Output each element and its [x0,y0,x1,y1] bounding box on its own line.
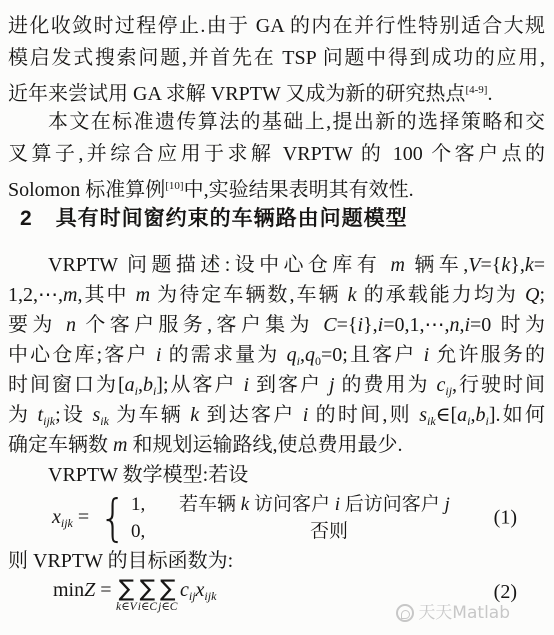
paragraph-block-3: 则 VRPTW 的目标函数为: [8,546,545,576]
case-2-value: 0, [131,519,165,545]
sum-over-customers-j: ∑ j∈C [158,577,177,613]
text-line: VRPTW 数学模型:若设 [8,460,545,490]
sum-limit: k∈V [116,602,137,613]
text-line: 1,2,⋯,m,其中 m 为待定车辆数,车辆 k 的承载能力均为 Q; [8,280,545,310]
equation-1-cases: 1, 若车辆 k 访问客户 i 后访问客户 j 0, 否则 [131,492,479,545]
left-brace-glyph: { [100,493,127,543]
watermark-text: 天天Matlab [418,601,510,625]
text-line: 则 VRPTW 的目标函数为: [8,546,545,576]
paragraph-block-2: VRPTW 问题描述:设中心仓库有 m 辆车,V={k},k=1,2,⋯,m,其… [8,250,545,490]
section-heading: 2具有时间窗约束的车辆路由问题模型 [20,204,545,234]
sigma-symbol: ∑ [119,577,135,601]
text-line: 为 tijk;设 sik 为车辆 k 到达客户 i 的时间,则 sik∈[ai,… [8,400,545,430]
text-line: VRPTW 问题描述:设中心仓库有 m 辆车,V={k},k= [8,250,545,280]
text-line: 要为 n 个客户服务,客户集为 C={i},i=0,1,⋯,n,i=0 时为 [8,310,545,340]
case-2-condition: 否则 [179,519,479,545]
text-line: Solomon 标准算例[10]中,实验结果表明其有效性. [8,170,545,202]
text-line: 时间窗口为[ai,bi];从客户 i 到客户 j 的费用为 cij,行驶时间 [8,370,545,400]
sigma-symbol: ∑ [160,577,176,601]
case-1-condition: 若车辆 k 访问客户 i 后访问客户 j [179,492,479,518]
text-line: 进化收敛时过程停止.由于 GA 的内在并行性特别适合大规 [8,10,545,42]
equation-2-lhs: minZ = [53,577,112,603]
watermark: 天天Matlab [396,601,510,625]
sum-over-vehicles: ∑ k∈V [116,577,137,613]
equation-1-lhs: xijk = [52,506,89,531]
case-row-1: 1, 若车辆 k 访问客户 i 后访问客户 j [131,492,479,518]
text-line: 中心仓库;客户 i 的需求量为 qi,q0=0;且客户 i 允许服务的 [8,340,545,370]
text-line: 近年来尝试用 GA 求解 VRPTW 又成为新的研究热点[4-9]. [8,74,545,106]
text-line: 叉算子,并综合应用于求解 VRPTW 的 100 个客户点的 [8,138,545,170]
case-row-2: 0, 否则 [131,519,479,545]
equation-2-term: cijxijk [180,577,216,609]
text-line: 确定车辆数 m 和规划运输路线,使总费用最少. [8,430,545,460]
sum-limit: j∈C [158,602,177,613]
text-line: 本文在标准遗传算法的基础上,提出新的选择策略和交 [8,106,545,138]
text-line: 模启发式搜索问题,并首先在 TSP 问题中得到成功的应用, [8,42,545,74]
section-number: 2 [20,207,32,230]
sum-limit: i∈C [138,602,157,613]
cat-logo-icon [396,604,414,622]
document-text-column: 进化收敛时过程停止.由于 GA 的内在并行性特别适合大规模启发式搜索问题,并首先… [8,10,545,622]
scanned-paper-page: 进化收敛时过程停止.由于 GA 的内在并行性特别适合大规模启发式搜索问题,并首先… [0,0,554,635]
equation-1-number: (1) [494,507,517,530]
sigma-symbol: ∑ [140,577,156,601]
section-title: 具有时间窗约束的车辆路由问题模型 [56,207,408,230]
paragraph-block-1: 进化收敛时过程停止.由于 GA 的内在并行性特别适合大规模启发式搜索问题,并首先… [8,10,545,202]
case-1-value: 1, [131,492,165,518]
sum-over-customers-i: ∑ i∈C [138,577,157,613]
equation-1: xijk = { 1, 若车辆 k 访问客户 i 后访问客户 j 0, 否则 (… [8,490,545,546]
